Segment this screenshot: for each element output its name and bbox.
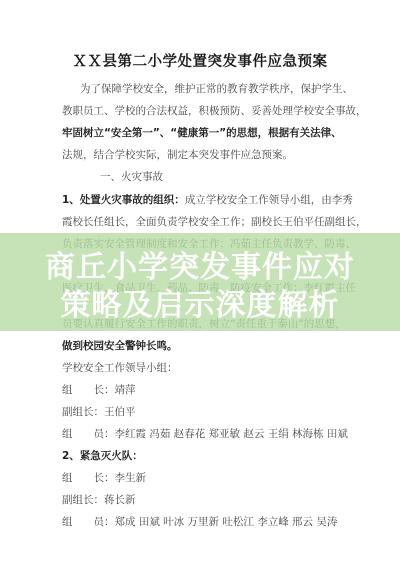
document-title: ＸＸ县第二小学处置突发事件应急预案 <box>0 50 400 71</box>
fire-team-members-row: 组 员：郑成 田斌 叶冰 万里新 吐松江 李立峰 邢云 吴涛 <box>62 515 337 529</box>
item-2-label: 2、紧急灭火队： <box>62 449 143 463</box>
fire-leader-label: 组 长： <box>62 472 115 484</box>
members-names: 李红霞 冯茹 赵春花 郑亚敏 赵云 王绢 林海栋 田斌 <box>115 428 348 440</box>
leadership-leader-row: 组 长：靖萍 <box>62 383 136 397</box>
fire-members-names: 郑成 田斌 叶冰 万里新 吐松江 李立峰 邢云 吴涛 <box>115 516 338 528</box>
intro-line-4: 法规，结合学校实际，制定本突发事件应急预案。 <box>62 148 293 162</box>
deputy-label: 副组长： <box>62 406 104 418</box>
leader-name: 靖萍 <box>115 384 136 396</box>
members-label: 组 员： <box>62 428 115 440</box>
fire-leader-name: 李生新 <box>115 472 147 484</box>
leadership-members-row: 组 员：李红霞 冯茹 赵春花 郑亚敏 赵云 王绢 林海栋 田斌 <box>62 427 348 441</box>
overlay-headline-line-1: 商丘小学突发事件应对 <box>0 250 400 286</box>
bold-line-alarm: 做到校园安全警钟长鸣。 <box>62 339 178 353</box>
item-1-text: 成立学校安全工作领导小组，由李秀 <box>185 194 353 206</box>
fire-team-deputy-row: 副组长：蒋长新 <box>62 493 136 507</box>
fire-team-leader-row: 组 长：李生新 <box>62 471 146 485</box>
intro-line-1: 为了保障学校安全，维护正常的教育教学秩序，保护学生、 <box>80 82 353 96</box>
fire-members-label: 组 员： <box>62 516 115 528</box>
item-1-line: 1、处置火灾事故的组织：成立学校安全工作领导小组，由李秀 <box>62 193 353 207</box>
section-heading-fire: 一、火灾事故 <box>100 170 163 184</box>
fire-deputy-label: 副组长： <box>62 494 104 506</box>
item-1-label: 1、处置火灾事故的组织： <box>62 194 185 206</box>
body-line-1: 霞校长任组长，全面负责学校安全工作；副校长王伯平任副组长， <box>62 215 367 229</box>
fire-deputy-name: 蒋长新 <box>104 494 136 506</box>
intro-line-2: 教职员工、学校的合法权益，积极预防、妥善处理学校安全事故， <box>62 104 367 118</box>
leadership-deputy-row: 副组长：王伯平 <box>62 405 136 419</box>
document-page: ＸＸ县第二小学处置突发事件应急预案 为了保障学校安全，维护正常的教育教学秩序，保… <box>0 0 400 566</box>
leader-label: 组 长： <box>62 384 115 396</box>
intro-line-3: 牢固树立“安全第一”、“健康第一”的思想，根据有关法律、 <box>62 126 342 140</box>
overlay-headline-line-2: 策略及启示深度解析 <box>0 288 400 324</box>
deputy-name: 王伯平 <box>104 406 136 418</box>
leadership-group-label: 学校安全工作领导小组： <box>62 361 178 375</box>
